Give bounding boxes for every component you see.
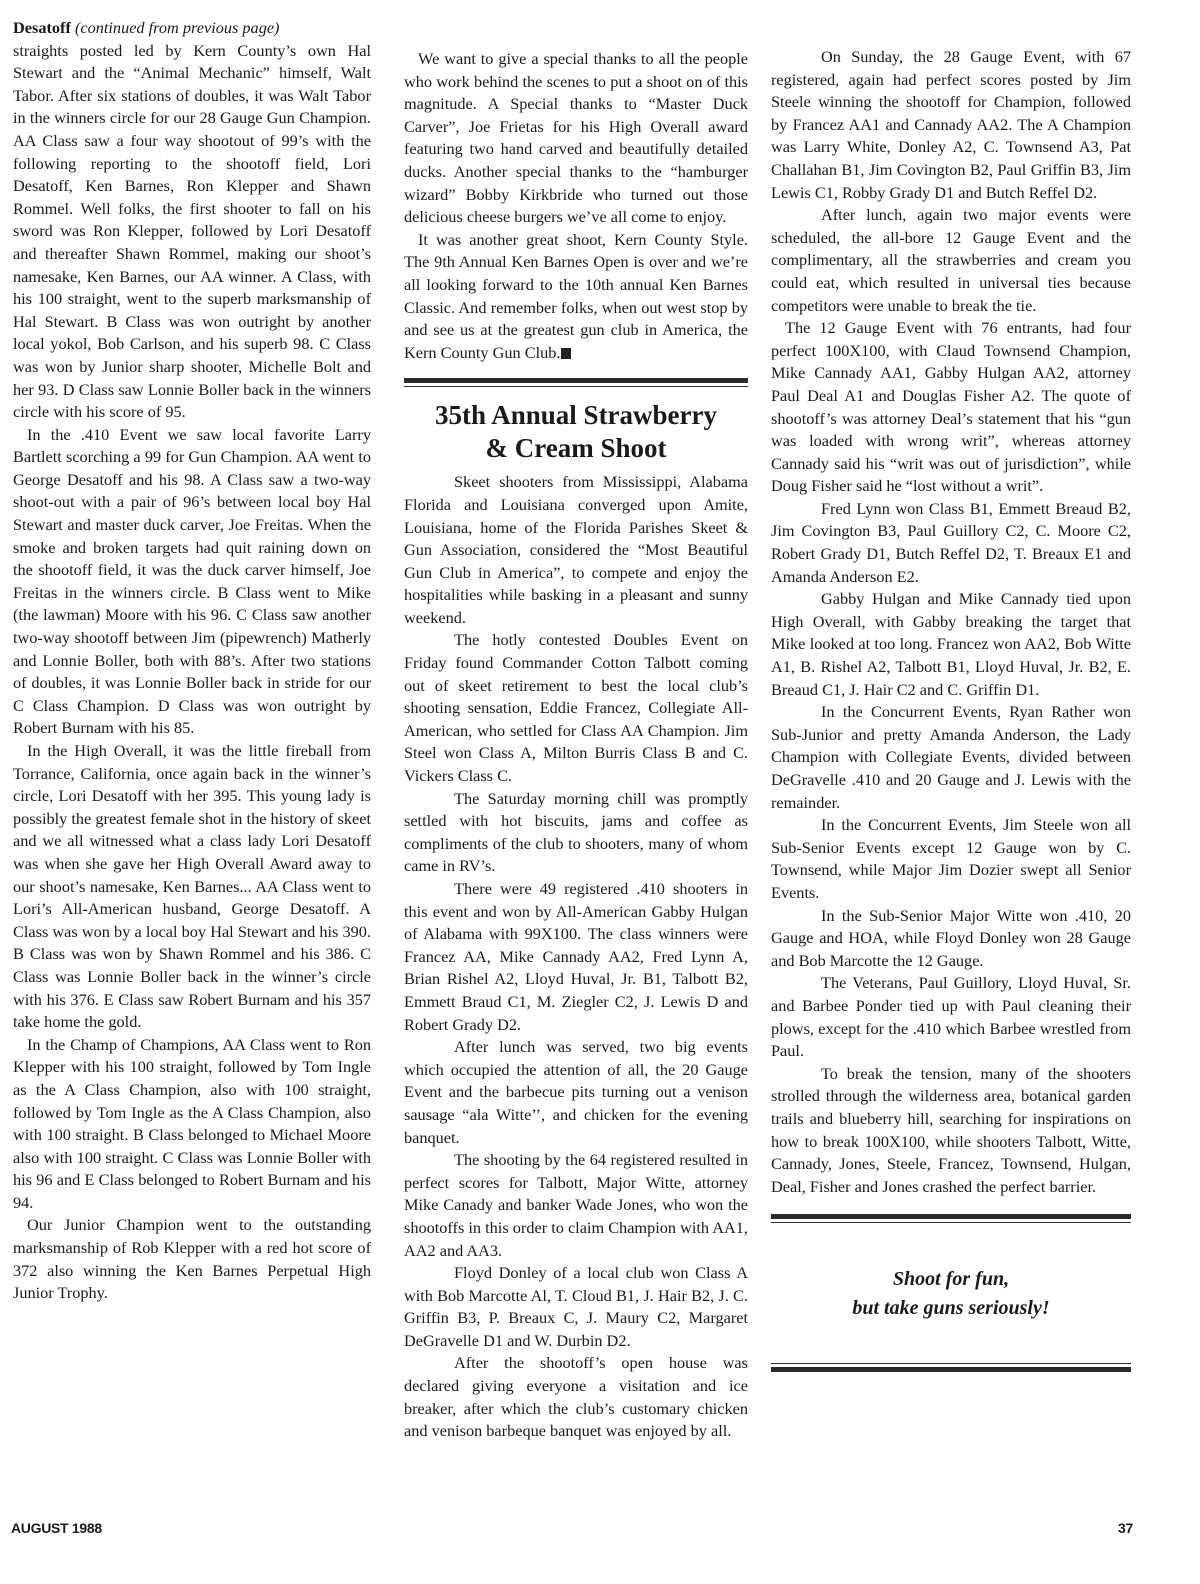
motto-divider-top [771,1214,1131,1223]
headline-line-2: & Cream Shoot [404,432,748,465]
divider-thick-rule [771,1214,1131,1219]
paragraph: Fred Lynn won Class B1, Emmett Breaud B2… [771,498,1131,588]
continued-article-name: Desatoff [13,18,71,37]
paragraph-text: It was another great shoot, Kern County … [404,230,748,362]
paragraph: There were 49 registered .410 shooters i… [404,878,748,1036]
paragraph: In the .410 Event we saw local favorite … [13,424,371,740]
paragraph: The Saturday morning chill was promptly … [404,788,748,878]
motto-divider-bottom [771,1363,1131,1372]
column-2: We want to give a special thanks to all … [404,48,748,1443]
paragraph: The hotly contested Doubles Event on Fri… [404,629,748,787]
paragraph: After the shootoff’s open house was decl… [404,1352,748,1442]
motto-box: Shoot for fun, but take guns seriously! [771,1265,1131,1323]
section-divider [404,378,748,387]
continued-note: (continued from previous page) [75,18,280,37]
paragraph: Our Junior Champion went to the outstand… [13,1214,371,1304]
paragraph: In the Concurrent Events, Jim Steele won… [771,814,1131,904]
motto-line-2: but take guns seriously! [771,1294,1131,1323]
paragraph: The 12 Gauge Event with 76 entrants, had… [771,317,1131,498]
paragraph: The Veterans, Paul Guillory, Lloyd Huval… [771,972,1131,1062]
column-3: On Sunday, the 28 Gauge Event, with 67 r… [771,46,1131,1372]
paragraph: In the Champ of Champions, AA Class went… [13,1034,371,1215]
paragraph: After lunch was served, two big events w… [404,1036,748,1149]
paragraph: To break the tension, many of the shoote… [771,1063,1131,1199]
paragraph: In the Concurrent Events, Ryan Rather wo… [771,701,1131,814]
divider-thick-rule [771,1367,1131,1372]
divider-thick-rule [404,378,748,383]
headline-line-1: 35th Annual Strawberry [404,399,748,432]
paragraph: After lunch, again two major events were… [771,204,1131,317]
paragraph: On Sunday, the 28 Gauge Event, with 67 r… [771,46,1131,204]
page-number: 37 [1118,1520,1133,1536]
paragraph: In the High Overall, it was the little f… [13,740,371,1034]
divider-thin-rule [771,1363,1131,1364]
paragraph: In the Sub-Senior Major Witte won .410, … [771,905,1131,973]
paragraph: straights posted led by Kern County’s ow… [13,40,371,424]
paragraph-with-end-mark: It was another great shoot, Kern County … [404,229,748,365]
paragraph: We want to give a special thanks to all … [404,48,748,229]
paragraph: The shooting by the 64 registered result… [404,1149,748,1262]
issue-date: AUGUST 1988 [11,1520,102,1536]
motto-line-1: Shoot for fun, [771,1265,1131,1294]
article-headline: 35th Annual Strawberry & Cream Shoot [404,399,748,465]
divider-thin-rule [404,386,748,387]
paragraph: Gabby Hulgan and Mike Cannady tied upon … [771,588,1131,701]
continuation-header: Desatoff (continued from previous page) [13,17,371,40]
end-of-article-mark-icon [561,348,571,359]
divider-thin-rule [771,1222,1131,1223]
paragraph: Skeet shooters from Mississippi, Alabama… [404,471,748,629]
column-1: Desatoff (continued from previous page) … [13,17,371,1305]
paragraph: Floyd Donley of a local club won Class A… [404,1262,748,1352]
